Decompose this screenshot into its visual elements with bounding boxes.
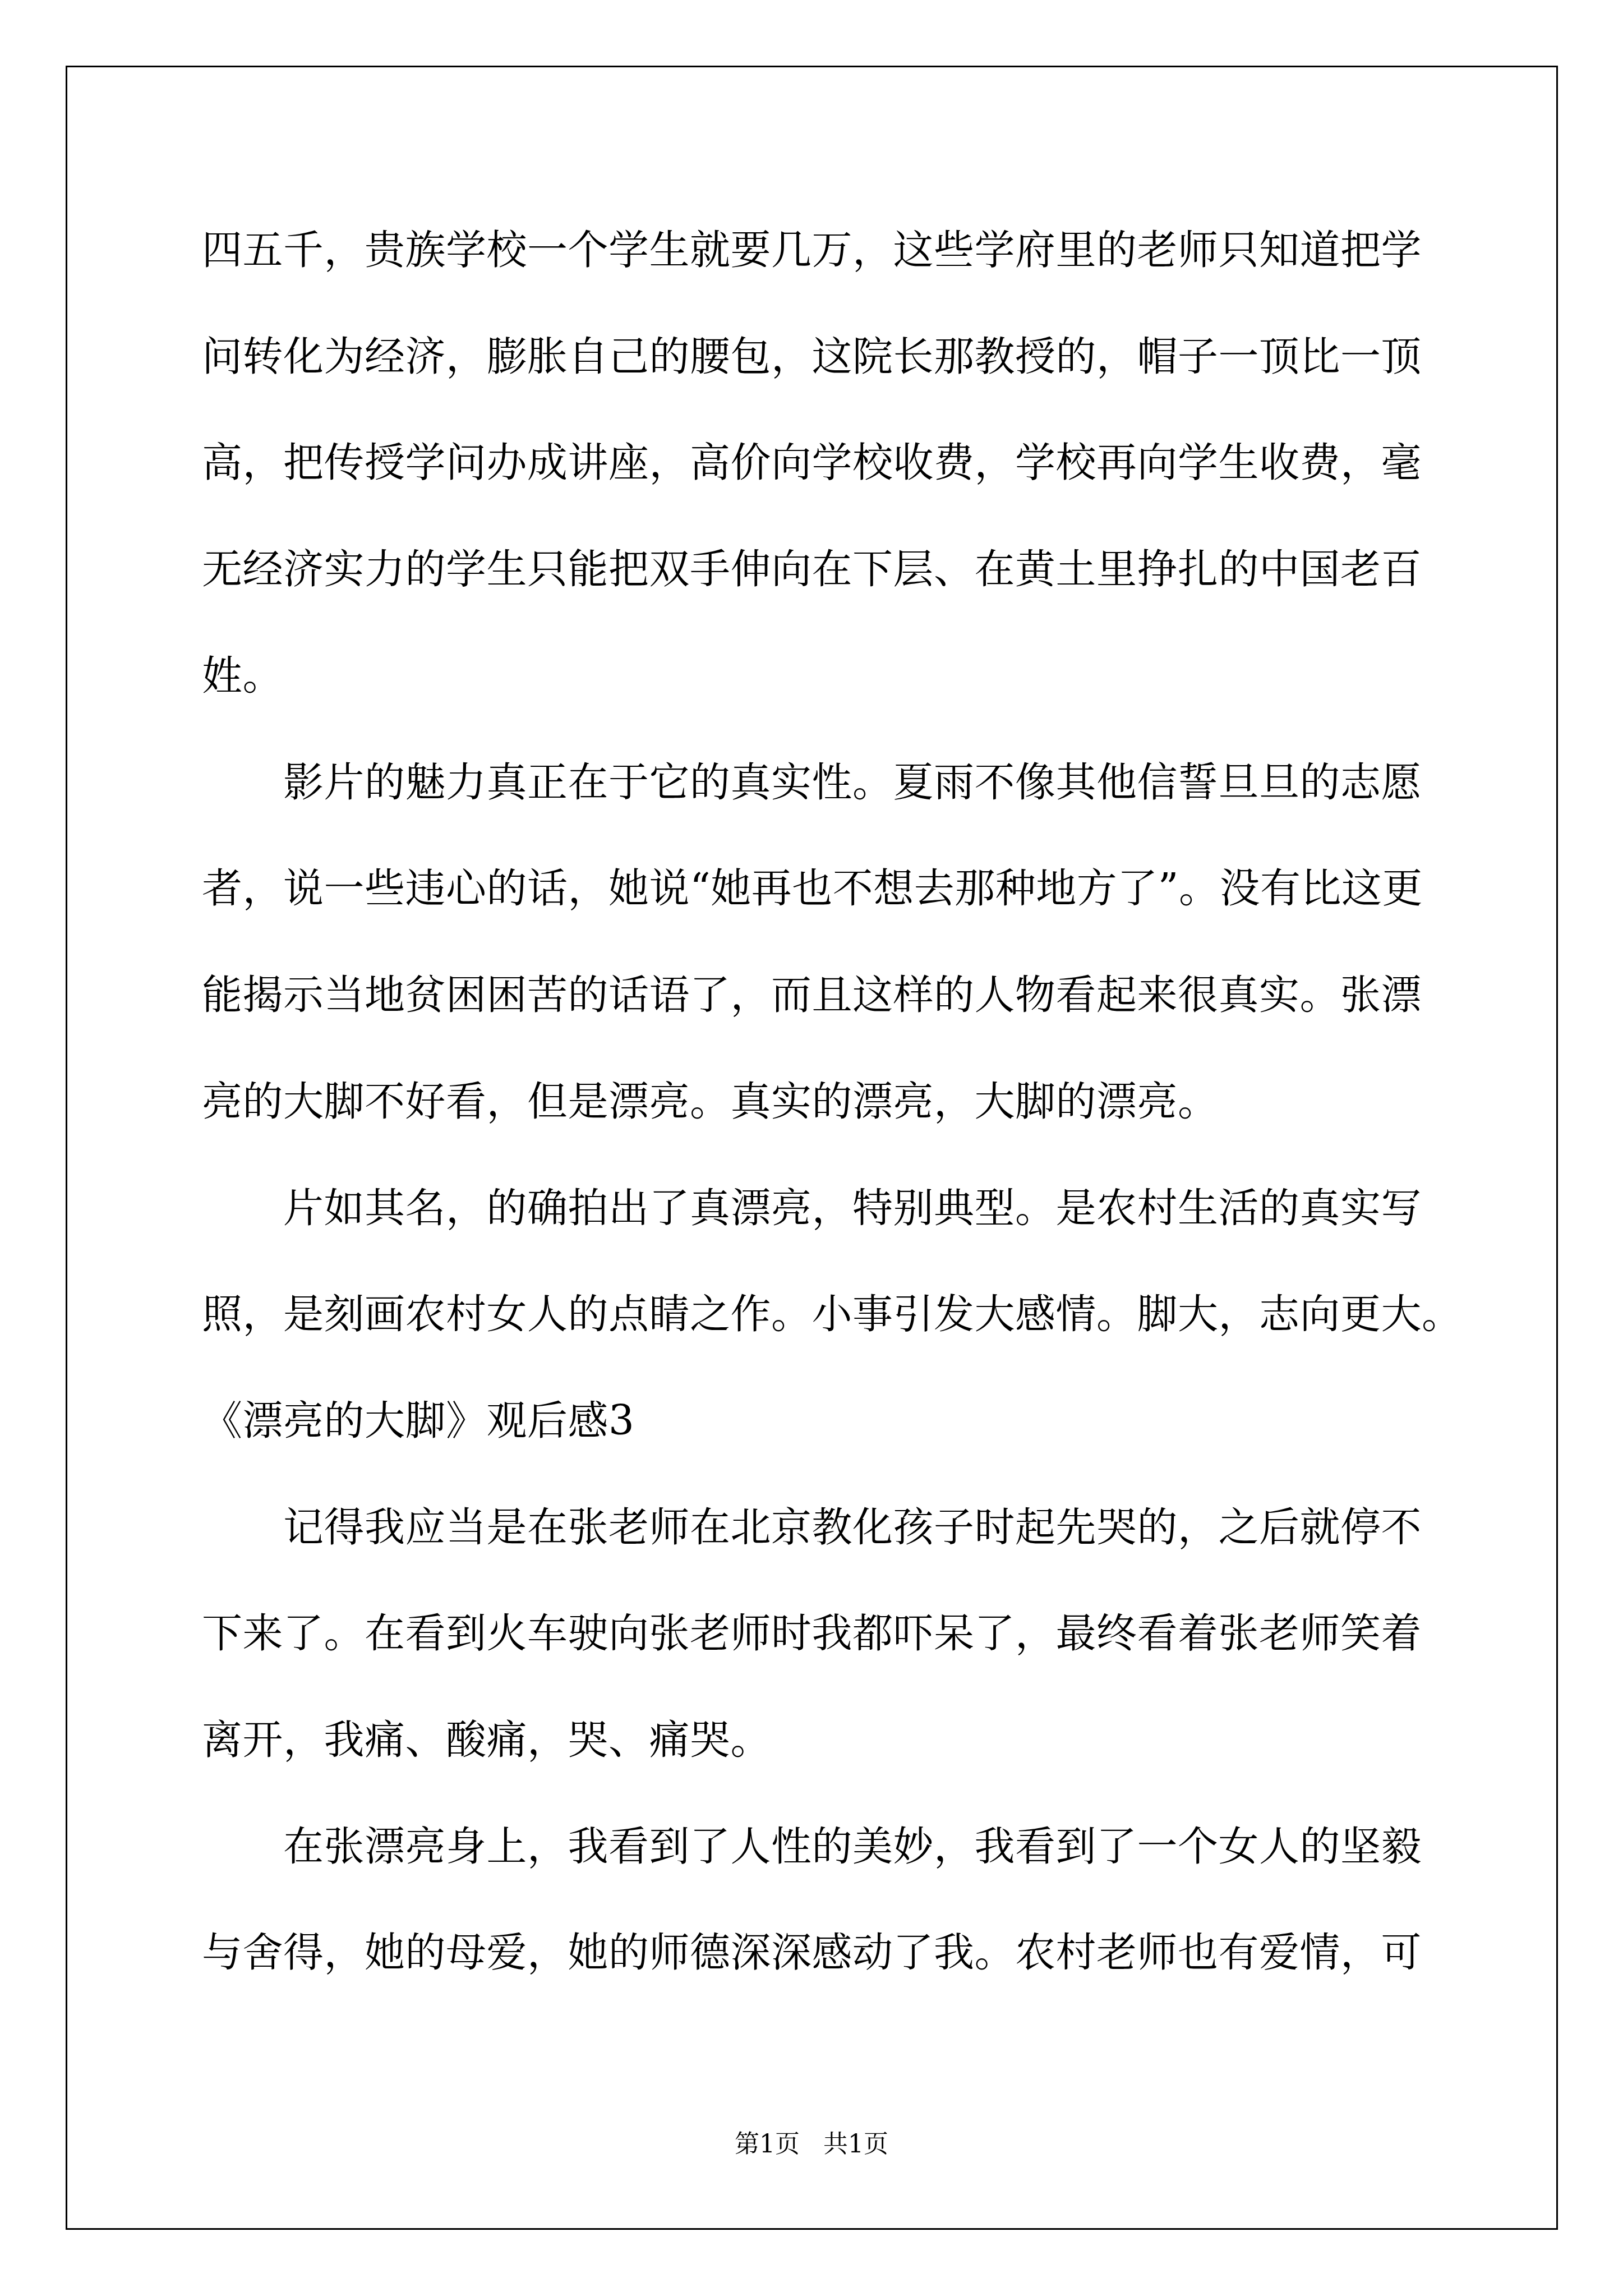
page-border <box>66 66 1558 2230</box>
paragraph-line: 记得我应当是在张老师在北京教化孩子时起先哭的，之后就停不 <box>283 1500 1422 1554</box>
paragraph-line: 照，是刻画农村女人的点睛之作。小事引发大感情。脚大，志向更大。 <box>202 1287 1463 1341</box>
paragraph-line: 下来了。在看到火车驶向张老师时我都吓呆了，最终看着张老师笑着 <box>202 1606 1422 1660</box>
paragraph-line: 在张漂亮身上，我看到了人性的美妙，我看到了一个女人的坚毅 <box>283 1819 1422 1873</box>
paragraph-line: 无经济实力的学生只能把双手伸向在下层、在黄土里挣扎的中国老百 <box>202 542 1422 596</box>
paragraph-line: 离开，我痛、酸痛，哭、痛哭。 <box>202 1713 771 1766</box>
paragraph-line: 高，把传授学问办成讲座，高价向学校收费，学校再向学生收费，毫 <box>202 435 1422 489</box>
section-heading: 《漂亮的大脚》观后感3 <box>202 1393 634 1447</box>
page-footer: 第1页 共1页 <box>0 2130 1623 2159</box>
paragraph-line: 姓。 <box>202 648 283 702</box>
paragraph-line: 者，说一些违心的话，她说“她再也不想去那种地方了”。没有比这更 <box>202 861 1423 915</box>
paragraph-line: 与舍得，她的母爱，她的师德深深感动了我。农村老师也有爱情，可 <box>202 1925 1422 1979</box>
paragraph-line: 影片的魅力真正在于它的真实性。夏雨不像其他信誓旦旦的志愿 <box>283 755 1422 809</box>
paragraph-line: 能揭示当地贫困困苦的话语了，而且这样的人物看起来很真实。张漂 <box>202 968 1422 1022</box>
paragraph-line: 亮的大脚不好看，但是漂亮。真实的漂亮，大脚的漂亮。 <box>202 1074 1219 1128</box>
paragraph-line: 片如其名，的确拍出了真漂亮，特别典型。是农村生活的真实写 <box>283 1181 1422 1235</box>
paragraph-line: 问转化为经济，膨胀自己的腰包，这院长那教授的，帽子一顶比一顶 <box>202 329 1422 383</box>
paragraph-line: 四五千，贵族学校一个学生就要几万，这些学府里的老师只知道把学 <box>202 223 1422 277</box>
